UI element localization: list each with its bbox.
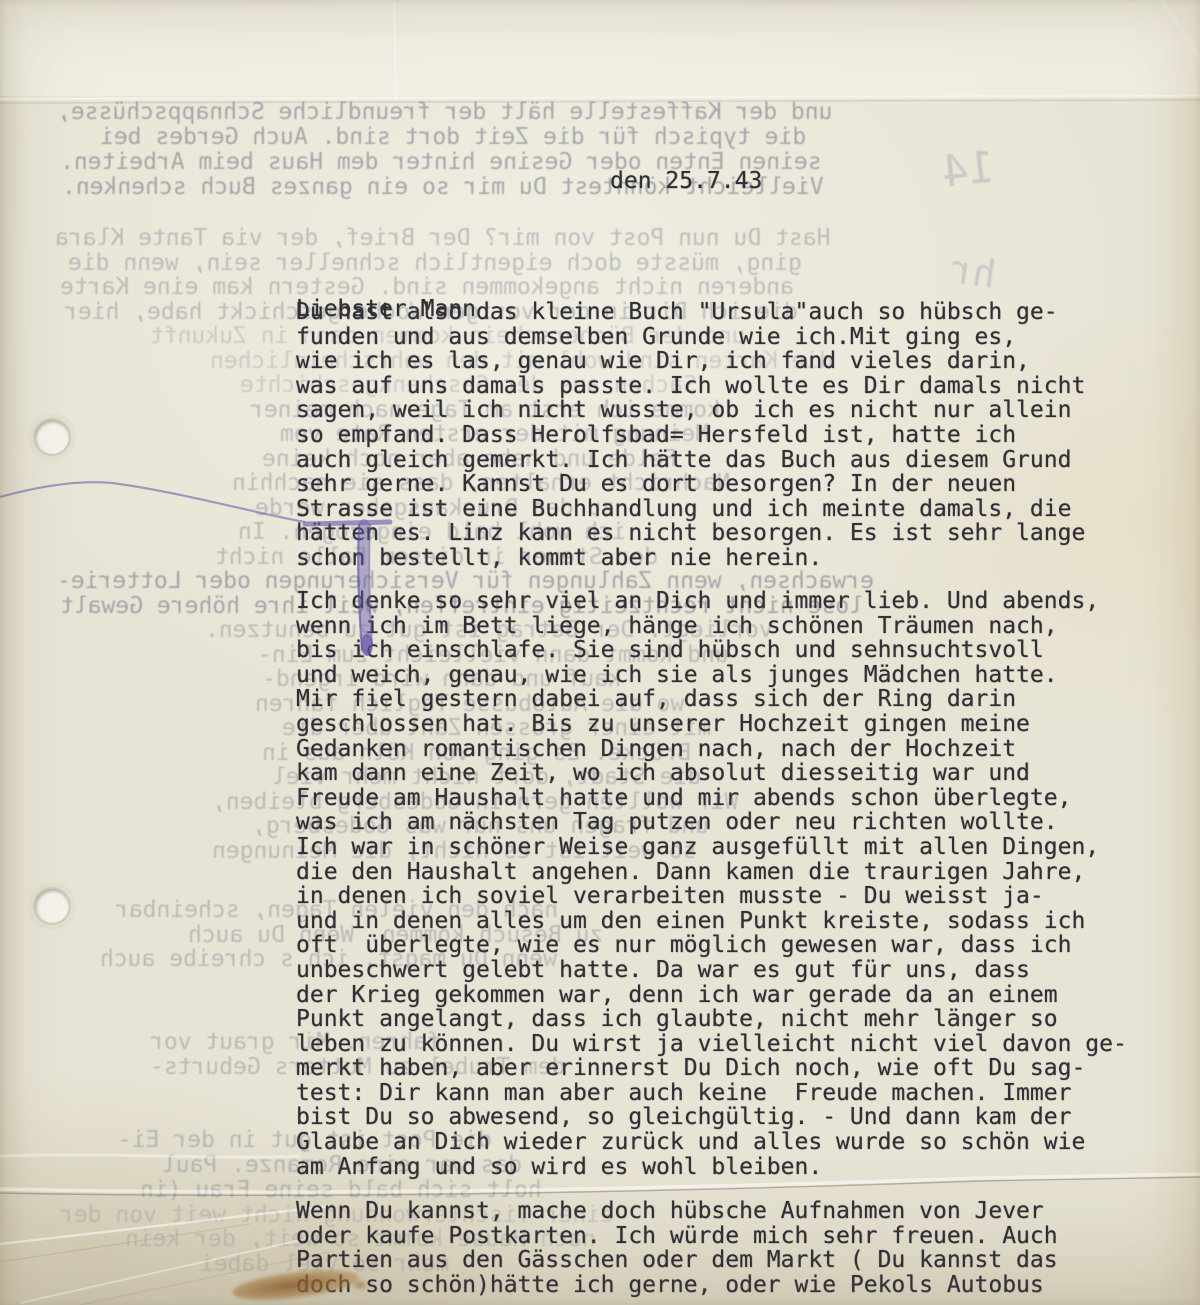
letter-text-line: Partien aus den Gässchen oder dem Markt … [296,1248,1058,1273]
letter-text-line: funden und aus demselben Grunde wie ich.… [296,325,1085,350]
letter-text-line: die den Haushalt angehen. Dann kamen die… [296,860,1127,885]
letter-text-line: kam dann eine Zeit, wo ich absolut diess… [296,761,1127,786]
letter-text-line: was ich am nächsten Tag putzen oder neu … [296,810,1127,835]
letter-text-layer: den 25.7.43 Liebster Mann Du hast also d… [0,0,1200,1305]
letter-text-line: Punkt angelangt, dass ich glaubte, nicht… [296,1007,1127,1032]
letter-text-line: Ich war in schöner Weise ganz ausgefüllt… [296,835,1127,860]
letter-text-line: schon bestellt, kommt aber nie herein. [296,546,1085,571]
letter-text-line: wenn ich im Bett liege, hänge ich schöne… [296,614,1127,639]
paragraph-1: Du hast also das kleine Buch "Ursula"auc… [296,300,1085,571]
letter-text-line: der Krieg gekommen war, denn ich war ger… [296,983,1127,1008]
letter-text-line: und weich, genau, wie ich sie als junges… [296,663,1127,688]
letter-text-line: geschlossen hat. Bis zu unserer Hochzeit… [296,712,1127,737]
letter-text-line: bis ich einschlafe. Sie sind hübsch und … [296,638,1127,663]
letter-text-line: oder kaufe Postkarten. Ich würde mich se… [296,1224,1058,1249]
letter-text-line: wie ich es las, genau wie Dir, ich fand … [296,349,1085,374]
letter-text-line: am Anfang und so wird es wohl bleiben. [296,1155,1127,1180]
letter-text-line: Strasse ist eine Buchhandlung und ich me… [296,497,1085,522]
letter-text-line: unbeschwert gelebt hatte. Da war es gut … [296,958,1127,983]
letter-text-line: und in denen alles um den einen Punkt kr… [296,909,1127,934]
letter-text-line: was auf uns damals passte. Ich wollte es… [296,374,1085,399]
letter-text-line: Mir fiel gestern dabei auf, dass sich de… [296,687,1127,712]
letter-text-line: hätten es. Linz kann es nicht besorgen. … [296,521,1085,546]
paragraph-3: Wenn Du kannst, mache doch hübsche Aufna… [296,1199,1058,1297]
letter-text-line: Ich denke so sehr viel an Dich und immer… [296,589,1127,614]
paragraph-2: Ich denke so sehr viel an Dich und immer… [296,589,1127,1179]
letter-text-line: Wenn Du kannst, mache doch hübsche Aufna… [296,1199,1058,1224]
punch-hole-bottom [35,889,69,923]
letter-text-line: Freude am Haushalt hatte und mir abends … [296,786,1127,811]
letter-text-line: test: Dir kann man aber auch keine Freud… [296,1081,1127,1106]
letter-text-line: merkt haben, aber erinnerst Du Dich noch… [296,1056,1127,1081]
letter-text-line: sehr gerne. Kannst Du es dort besorgen? … [296,472,1085,497]
letter-text-line: Gedanken romantischen Dingen nach, nach … [296,737,1127,762]
letter-text-line: Du hast also das kleine Buch "Ursula"auc… [296,300,1085,325]
letter-text-line: sagen, weil ich nicht wusste, ob ich es … [296,398,1085,423]
scanned-letter-page: und der Kaffestelle hält der freundliche… [0,0,1200,1305]
letter-text-line: in denen ich soviel verarbeiten musste -… [296,884,1127,909]
letter-text-line: auch gleich gemerkt. Ich hätte das Buch … [296,448,1085,473]
letter-text-line: Glaube an Dich wieder zurück und alles w… [296,1130,1127,1155]
letter-text-line: oft überlegte, wie es nur möglich gewese… [296,933,1127,958]
letter-text-line: leben zu können. Du wirst ja vielleicht … [296,1032,1127,1057]
letter-text-line: bist Du so abwesend, so gleichgültig. - … [296,1105,1127,1130]
letter-text-line: doch so schön)hätte ich gerne, oder wie … [296,1273,1058,1298]
punch-hole-top [35,420,69,454]
letter-text-line: so empfand. Dass Herolfsbad= Hersfeld is… [296,423,1085,448]
date-line: den 25.7.43 [610,169,762,194]
